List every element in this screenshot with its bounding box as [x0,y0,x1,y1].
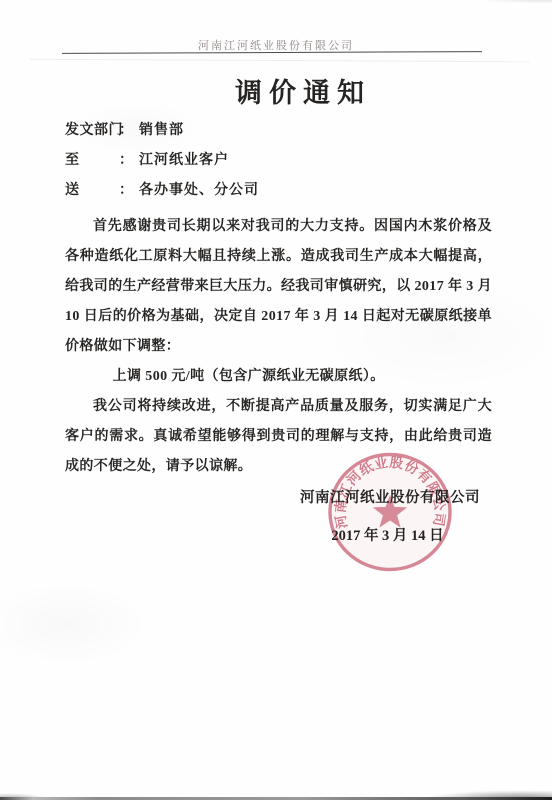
letterhead-rule-shadow [30,59,530,63]
meta-label: 送 [65,176,119,206]
meta-label: 发文部门 [65,116,119,146]
meta-row-to: 至 ： 江河纸业客户 [65,146,495,176]
meta-value: 各办事处、分公司 [139,176,259,206]
meta-colon: ： [119,146,139,176]
paragraph-intro: 首先感谢贵司长期以来对我司的大力支持。因国内木浆价格及各种造纸化工原料大幅且持续… [65,212,492,362]
meta-label: 至 [65,146,119,176]
meta-section: 发文部门 ： 销售部 至 ： 江河纸业客户 送 ： 各办事处、分公司 [65,116,495,206]
signature-block: 河南江河纸业股份有限公司 2017 年 3 月 14 日 [300,486,475,545]
meta-value: 销售部 [139,116,184,146]
meta-colon: ： [119,116,139,146]
paragraph-price-adjustment: 上调 500 元/吨（包含广源纸业无碳原纸）。 [65,362,492,392]
document-title: 调价通知 [27,71,552,110]
meta-colon: ： [119,176,139,206]
letter-body: 首先感谢贵司长期以来对我司的大力支持。因国内木浆价格及各种造纸化工原料大幅且持续… [65,212,492,482]
scanned-letter-page: 河南江河纸业股份有限公司 调价通知 发文部门 ： 销售部 至 ： 江河纸业客户 … [0,0,552,800]
meta-row-cc: 送 ： 各办事处、分公司 [65,176,495,206]
meta-row-department: 发文部门 ： 销售部 [65,116,495,146]
signature-company-name: 河南江河纸业股份有限公司 [300,486,475,507]
signature-date: 2017 年 3 月 14 日 [300,524,475,545]
meta-value: 江河纸业客户 [139,146,229,176]
scan-edge-top-right [462,0,552,5]
